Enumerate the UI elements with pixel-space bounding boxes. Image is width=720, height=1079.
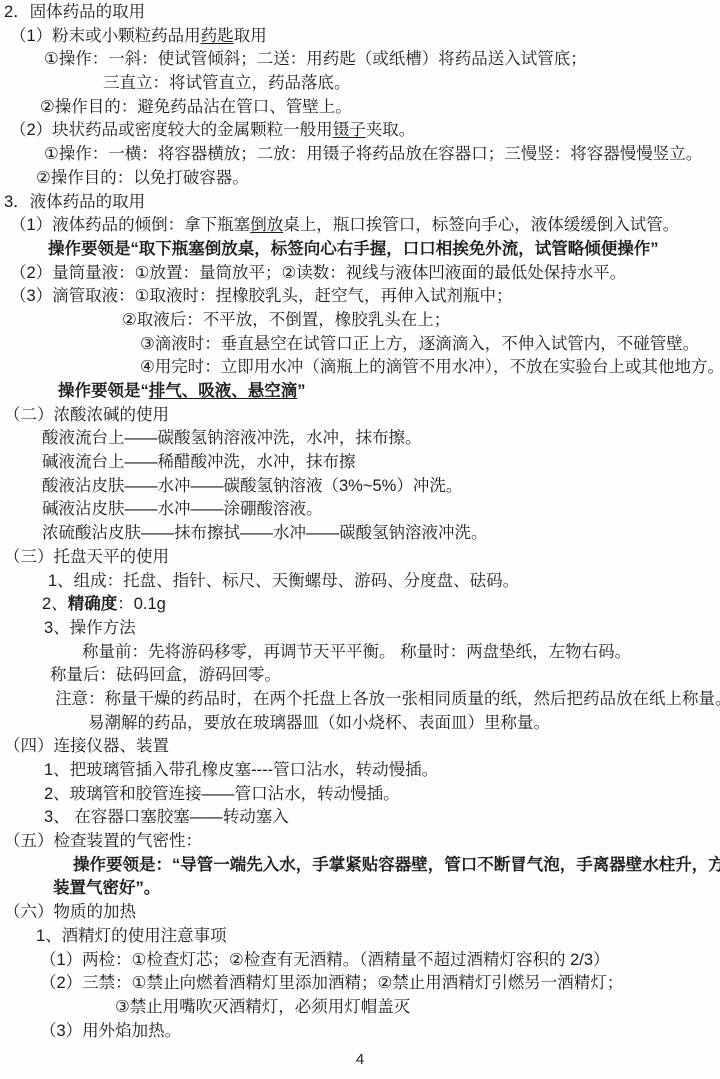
notes-document-page: 2．固体药品的取用（1）粉末或小颗粒药品用药匙取用①操作：一斜：使试管倾斜；二送… xyxy=(0,0,720,1079)
text-segment: 三直立：将试管直立，药品落底。 xyxy=(103,74,351,92)
text-segment: 称量后：砝码回盒，游码回零。 xyxy=(50,666,281,684)
text-segment: （四）连接仪器、装置 xyxy=(4,737,169,755)
text-segment: 倒放 xyxy=(250,216,283,234)
text-segment: （3）滴管取液：①取液时：捏橡胶乳头，赶空气，再伸入试剂瓶中； xyxy=(10,287,512,305)
text-line: 酸液流台上——碳酸氢钠溶液冲洗，水冲，抹布擦。 xyxy=(0,427,720,451)
text-segment: ：0.1g xyxy=(117,595,166,613)
text-line: ②操作目的：以免打破容器。 xyxy=(0,167,720,191)
text-segment: （1）粉末或小颗粒药品用 xyxy=(10,27,201,45)
text-line: 2、玻璃管和胶管连接——管口沾水，转动慢插。 xyxy=(0,783,720,807)
text-segment: 1、把玻璃管插入带孔橡皮塞----管口沾水，转动慢插。 xyxy=(44,761,438,779)
text-segment: 1、组成：托盘、指针、标尺、天衡螺母、游码、分度盘、砝码。 xyxy=(48,572,519,590)
text-line: 酸液沾皮肤——水冲——碳酸氢钠溶液（3%~5%）冲洗。 xyxy=(0,475,720,499)
text-line: 称量后：砝码回盒，游码回零。 xyxy=(0,664,720,688)
text-line: 3．液体药品的取用 xyxy=(0,191,720,215)
text-line: 操作要领是“排气、吸液、悬空滴” xyxy=(0,380,720,404)
text-segment: ②取液后：不平放，不倒置，橡胶乳头在上； xyxy=(122,311,450,329)
text-segment: 操作要领是：“导管一端先入水，手掌紧贴容器壁，管口不断冒气泡，手离器壁水柱升，方… xyxy=(73,856,720,874)
text-segment: 1、酒精灯的使用注意事项 xyxy=(36,927,227,945)
text-line: （2）块状药品或密度较大的金属颗粒一般用镊子夹取。 xyxy=(0,119,720,143)
text-segment: 镊子 xyxy=(333,121,366,139)
text-segment: 碱液沾皮肤——水冲——涂硼酸溶液。 xyxy=(42,500,323,518)
text-segment: 药匙 xyxy=(201,27,234,45)
text-segment: 取用 xyxy=(234,27,267,45)
text-line: ②操作目的：避免药品沾在管口、管壁上。 xyxy=(0,96,720,120)
text-segment: ” xyxy=(297,382,305,400)
text-line: 三直立：将试管直立，药品落底。 xyxy=(0,72,720,96)
text-line: 碱液沾皮肤——水冲——涂硼酸溶液。 xyxy=(0,498,720,522)
text-line: 操作要领是：“导管一端先入水，手掌紧贴容器壁，管口不断冒气泡，手离器壁水柱升，方… xyxy=(0,854,720,878)
text-segment: ①操作：一斜：使试管倾斜；二送：用药匙（或纸槽）将药品送入试管底； xyxy=(44,50,587,68)
text-segment: 2．固体药品的取用 xyxy=(4,3,145,21)
text-line: 1、组成：托盘、指针、标尺、天衡螺母、游码、分度盘、砝码。 xyxy=(0,570,720,594)
text-line: （2）三禁：①禁止向燃着酒精灯里添加酒精；②禁止用酒精灯引燃另一酒精灯； xyxy=(0,972,720,996)
text-line: 1、酒精灯的使用注意事项 xyxy=(0,925,720,949)
text-segment: ③禁止用嘴吹灭酒精灯，必须用灯帽盖灭 xyxy=(115,998,410,1016)
text-line: （2）量筒量液：①放置：量筒放平；②读数：视线与液体凹液面的最低处保持水平。 xyxy=(0,262,720,286)
page-number: 4 xyxy=(0,1051,720,1068)
text-line: 装置气密好”。 xyxy=(0,877,720,901)
text-line: 注意：称量干燥的药品时，在两个托盘上各放一张相同质量的纸，然后把药品放在纸上称量… xyxy=(0,688,720,712)
text-segment: 装置气密好”。 xyxy=(53,879,160,897)
text-line: 1、把玻璃管插入带孔橡皮塞----管口沾水，转动慢插。 xyxy=(0,759,720,783)
text-segment: 浓硫酸沾皮肤——抹布擦拭——水冲——碳酸氢钠溶液冲洗。 xyxy=(42,524,488,542)
text-segment: 操作要领是“ xyxy=(58,382,149,400)
text-line: （六）物质的加热 xyxy=(0,901,720,925)
text-segment: （二）浓酸浓碱的使用 xyxy=(4,406,169,424)
text-segment: ④用完时：立即用水冲（滴瓶上的滴管不用水冲），不放在实验台上或其他地方。 xyxy=(140,358,720,376)
text-segment: 易潮解的药品，要放在玻璃器皿（如小烧杯、表面皿）里称量。 xyxy=(88,714,550,732)
text-segment: 精确度 xyxy=(68,595,118,613)
text-line: （1）粉末或小颗粒药品用药匙取用 xyxy=(0,25,720,49)
text-line: （3）滴管取液：①取液时：捏橡胶乳头，赶空气，再伸入试剂瓶中； xyxy=(0,285,720,309)
text-segment: （2）块状药品或密度较大的金属颗粒一般用 xyxy=(10,121,333,139)
text-segment: 操作要领是“取下瓶塞倒放桌，标签向心右手握，口口相挨免外流，试管略倾便操作” xyxy=(48,240,659,258)
text-segment: 酸液流台上——碳酸氢钠溶液冲洗，水冲，抹布擦。 xyxy=(42,429,422,447)
text-segment: ①操作：一横：将容器横放；二放：用镊子将药品放在容器口；三慢竖：将容器慢慢竖立。 xyxy=(44,145,702,163)
text-segment: ②操作目的：避免药品沾在管口、管壁上。 xyxy=(40,98,352,116)
text-segment: 酸液沾皮肤——水冲——碳酸氢钠溶液（3%~5%）冲洗。 xyxy=(42,477,462,495)
text-segment: 桌上，瓶口挨管口，标签向手心，液体缓缓倒入试管。 xyxy=(283,216,679,234)
text-line: ①操作：一斜：使试管倾斜；二送：用药匙（或纸槽）将药品送入试管底； xyxy=(0,48,720,72)
text-segment: 3、操作方法 xyxy=(44,619,136,637)
text-segment: （五）检查装置的气密性： xyxy=(4,832,202,850)
text-line: ③滴液时：垂直悬空在试管口正上方，逐滴滴入，不伸入试管内，不碰管壁。 xyxy=(0,333,720,357)
text-segment: 夹取。 xyxy=(366,121,416,139)
text-segment: （2）三禁：①禁止向燃着酒精灯里添加酒精；②禁止用酒精灯引燃另一酒精灯； xyxy=(40,974,623,992)
text-segment: 称量前：先将游码移零，再调节天平平衡。 称量时：两盘垫纸，左物右码。 xyxy=(82,643,631,661)
text-segment: 排气、吸液、悬空滴 xyxy=(149,382,298,400)
text-line: 浓硫酸沾皮肤——抹布擦拭——水冲——碳酸氢钠溶液冲洗。 xyxy=(0,522,720,546)
text-segment: （2）量筒量液：①放置：量筒放平；②读数：视线与液体凹液面的最低处保持水平。 xyxy=(10,264,626,282)
text-line: （1）液体药品的倾倒：拿下瓶塞倒放桌上，瓶口挨管口，标签向手心，液体缓缓倒入试管… xyxy=(0,214,720,238)
text-segment: 3．液体药品的取用 xyxy=(4,193,145,211)
text-line: （二）浓酸浓碱的使用 xyxy=(0,404,720,428)
text-line: 3、操作方法 xyxy=(0,617,720,641)
text-line: （五）检查装置的气密性： xyxy=(0,830,720,854)
text-line: 2．固体药品的取用 xyxy=(0,1,720,25)
text-segment: 2、 xyxy=(42,595,68,613)
text-segment: （3）用外焰加热。 xyxy=(40,1022,181,1040)
text-line: ④用完时：立即用水冲（滴瓶上的滴管不用水冲），不放在实验台上或其他地方。 xyxy=(0,356,720,380)
text-line: （1）两检：①检查灯芯；②检查有无酒精。（酒精量不超过酒精灯容积的 2/3） xyxy=(0,949,720,973)
text-segment: （六）物质的加热 xyxy=(4,903,136,921)
text-line: ①操作：一横：将容器横放；二放：用镊子将药品放在容器口；三慢竖：将容器慢慢竖立。 xyxy=(0,143,720,167)
text-line: ②取液后：不平放，不倒置，橡胶乳头在上； xyxy=(0,309,720,333)
text-line: （三）托盘天平的使用 xyxy=(0,546,720,570)
document-text-block: 2．固体药品的取用（1）粉末或小颗粒药品用药匙取用①操作：一斜：使试管倾斜；二送… xyxy=(0,1,720,1043)
text-segment: ③滴液时：垂直悬空在试管口正上方，逐滴滴入，不伸入试管内，不碰管壁。 xyxy=(140,335,699,353)
text-segment: 3、 在容器口塞胶塞——转动塞入 xyxy=(44,808,289,826)
text-segment: 碱液流台上——稀醋酸冲洗，水冲，抹布擦 xyxy=(42,453,356,471)
text-line: 操作要领是“取下瓶塞倒放桌，标签向心右手握，口口相挨免外流，试管略倾便操作” xyxy=(0,238,720,262)
text-line: 2、精确度：0.1g xyxy=(0,593,720,617)
text-line: ③禁止用嘴吹灭酒精灯，必须用灯帽盖灭 xyxy=(0,996,720,1020)
text-segment: （三）托盘天平的使用 xyxy=(4,548,169,566)
text-line: 碱液流台上——稀醋酸冲洗，水冲，抹布擦 xyxy=(0,451,720,475)
text-line: （3）用外焰加热。 xyxy=(0,1020,720,1044)
text-segment: ②操作目的：以免打破容器。 xyxy=(36,169,249,187)
text-segment: （1）两检：①检查灯芯；②检查有无酒精。（酒精量不超过酒精灯容积的 2/3） xyxy=(40,951,610,969)
text-segment: （1）液体药品的倾倒：拿下瓶塞 xyxy=(10,216,250,234)
text-line: 易潮解的药品，要放在玻璃器皿（如小烧杯、表面皿）里称量。 xyxy=(0,712,720,736)
text-segment: 2、玻璃管和胶管连接——管口沾水，转动慢插。 xyxy=(44,785,400,803)
text-segment: 注意：称量干燥的药品时，在两个托盘上各放一张相同质量的纸，然后把药品放在纸上称量… xyxy=(55,690,720,708)
text-line: 称量前：先将游码移零，再调节天平平衡。 称量时：两盘垫纸，左物右码。 xyxy=(0,641,720,665)
text-line: 3、 在容器口塞胶塞——转动塞入 xyxy=(0,806,720,830)
text-line: （四）连接仪器、装置 xyxy=(0,735,720,759)
